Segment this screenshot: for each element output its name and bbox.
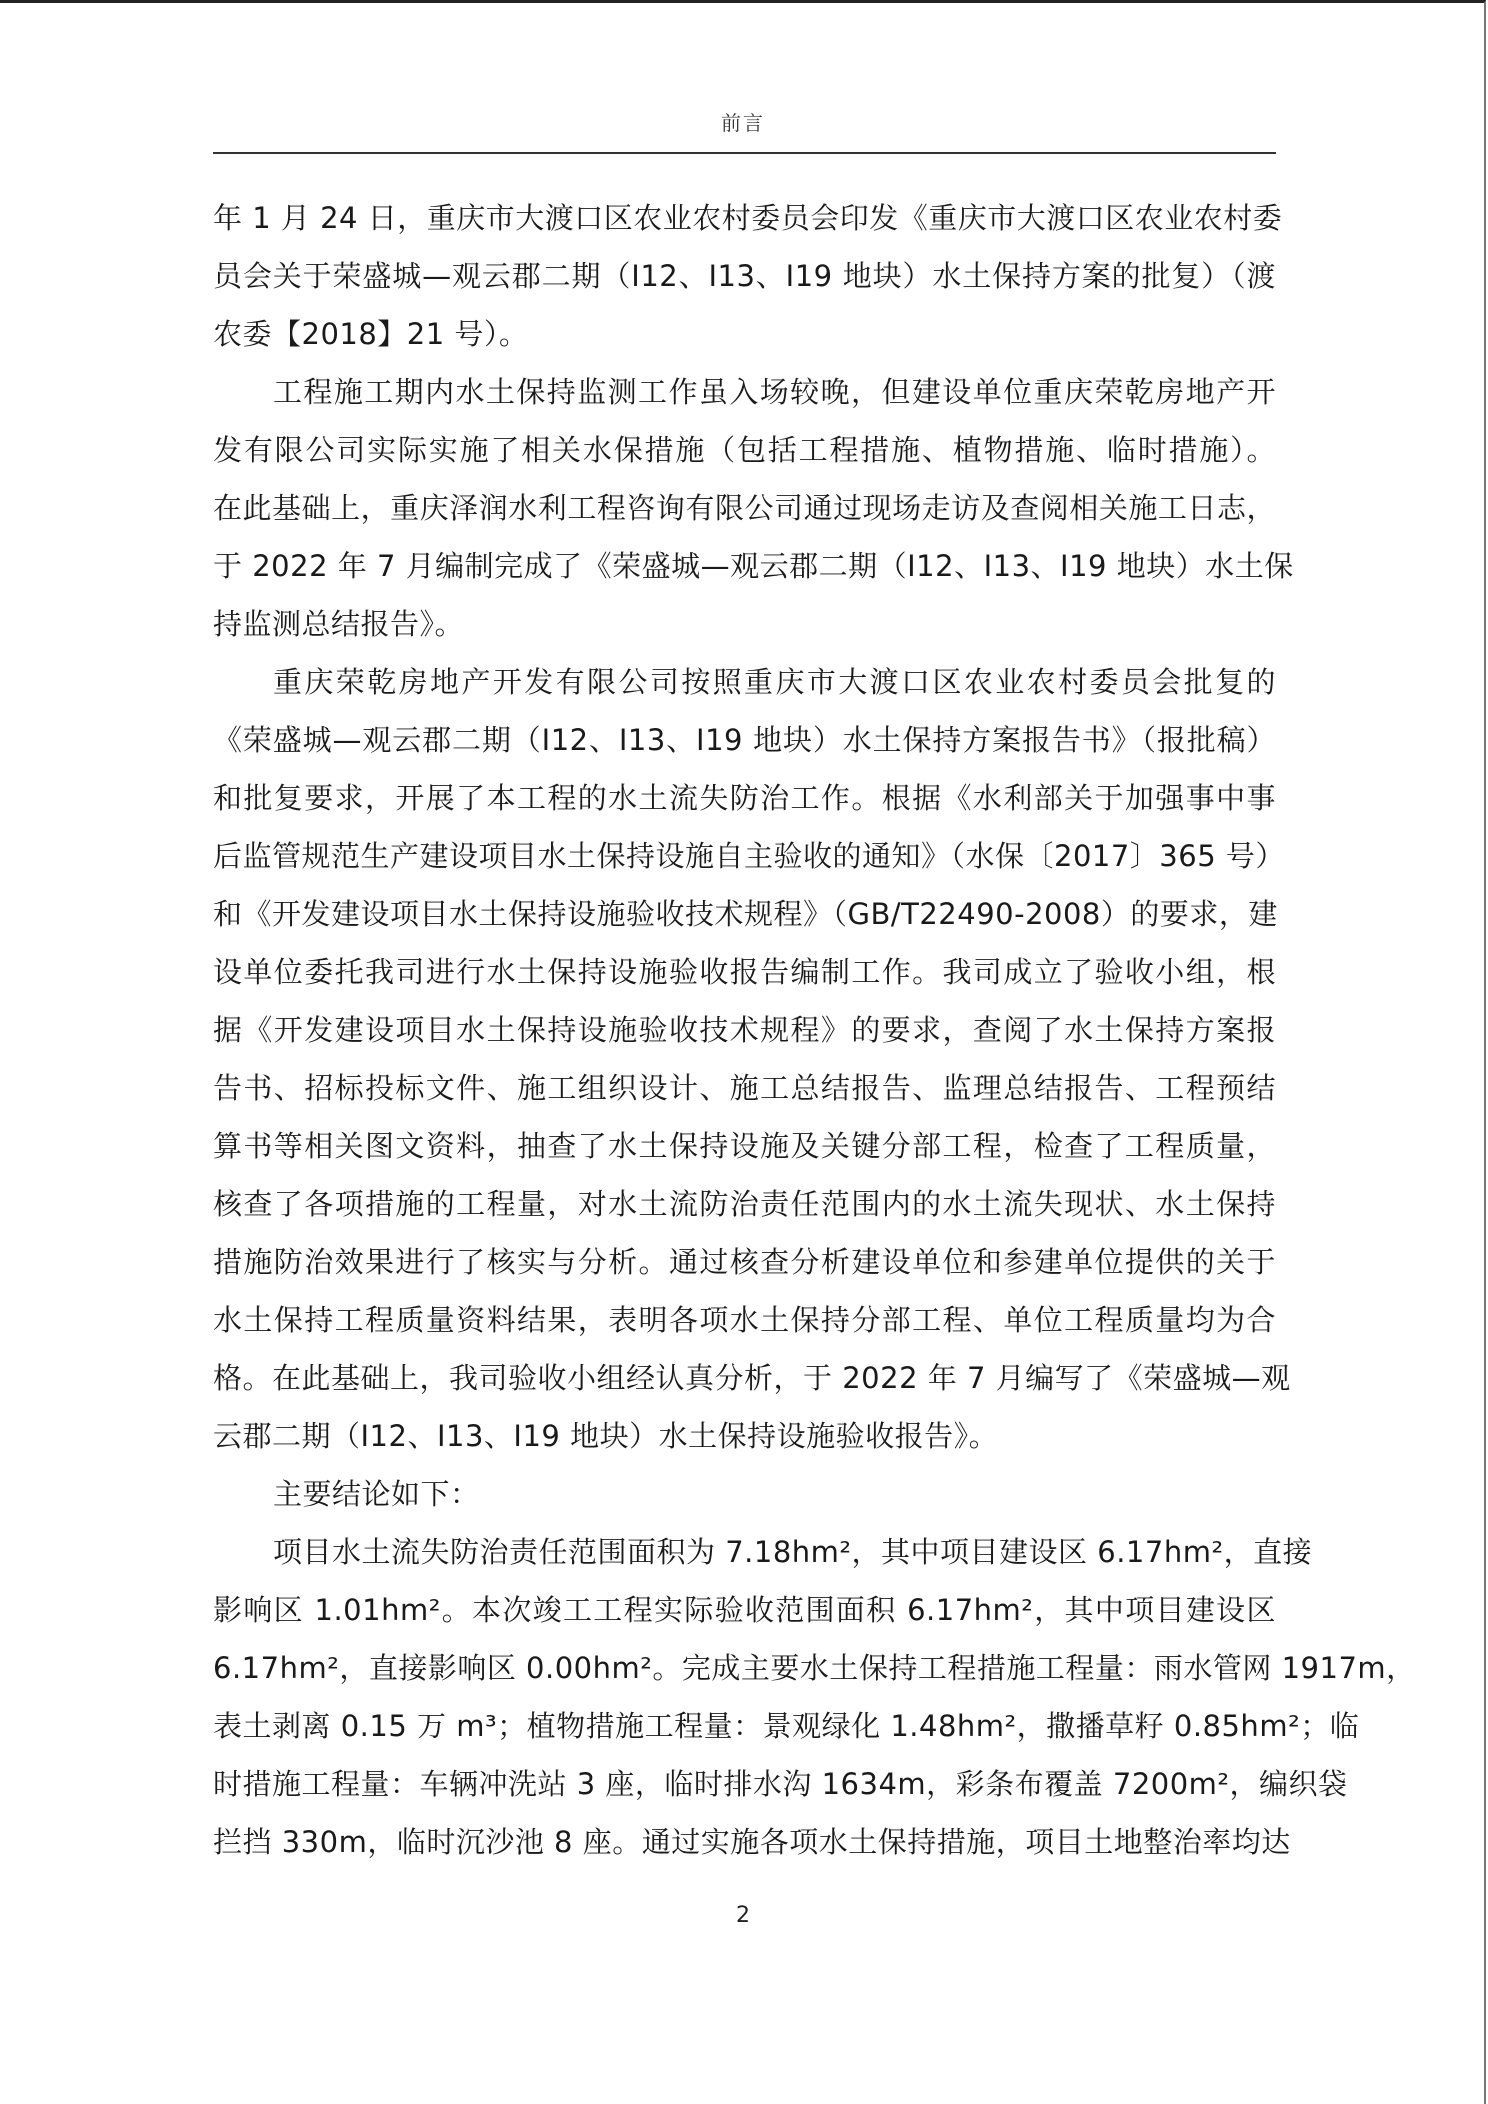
text-line: 年 1 月 24 日，重庆市大渡口区农业农村委员会印发《重庆市大渡口区农业农村委 (213, 189, 1276, 247)
text-line: 农委【2018】21 号）。 (213, 305, 1276, 363)
text-line: 据《开发建设项目水土保持设施验收技术规程》的要求，查阅了水土保持方案报 (213, 1001, 1276, 1059)
text-line: 发有限公司实际实施了相关水保措施（包括工程措施、植物措施、临时措施）。 (213, 421, 1276, 479)
page-number: 2 (0, 1903, 1486, 1928)
text-line: 员会关于荣盛城—观云郡二期（I12、I13、I19 地块）水土保持方案的批复）（… (213, 247, 1276, 305)
text-line: 时措施工程量：车辆冲洗站 3 座，临时排水沟 1634m，彩条布覆盖 7200m… (213, 1755, 1276, 1813)
text-line: 和《开发建设项目水土保持设施验收技术规程》（GB/T22490-2008）的要求… (213, 885, 1276, 943)
text-line: 核查了各项措施的工程量，对水土流防治责任范围内的水土流失现状、水土保持 (213, 1175, 1276, 1233)
text-line: 格。在此基础上，我司验收小组经认真分析，于 2022 年 7 月编写了《荣盛城—… (213, 1349, 1276, 1407)
text-line: 持监测总结报告》。 (213, 595, 1276, 653)
text-line: 后监管规范生产建设项目水土保持设施自主验收的通知》（水保〔2017〕365 号） (213, 827, 1276, 885)
paragraph: 工程施工期内水土保持监测工作虽入场较晚，但建设单位重庆荣乾房地产开发有限公司实际… (213, 363, 1276, 653)
text-line: 告书、招标投标文件、施工组织设计、施工总结报告、监理总结报告、工程预结 (213, 1059, 1276, 1117)
text-line: 水土保持工程质量资料结果，表明各项水土保持分部工程、单位工程质量均为合 (213, 1291, 1276, 1349)
text-line: 项目水土流失防治责任范围面积为 7.18hm²，其中项目建设区 6.17hm²，… (213, 1523, 1276, 1581)
text-line: 和批复要求，开展了本工程的水土流失防治工作。根据《水利部关于加强事中事 (213, 769, 1276, 827)
paragraph: 重庆荣乾房地产开发有限公司按照重庆市大渡口区农业农村委员会批复的《荣盛城—观云郡… (213, 653, 1276, 1465)
text-line: 于 2022 年 7 月编制完成了《荣盛城—观云郡二期（I12、I13、I19 … (213, 537, 1276, 595)
text-line: 设单位委托我司进行水土保持设施验收报告编制工作。我司成立了验收小组，根 (213, 943, 1276, 1001)
header-rule (213, 152, 1276, 154)
text-line: 《荣盛城—观云郡二期（I12、I13、I19 地块）水土保持方案报告书》（报批稿… (213, 711, 1276, 769)
text-line: 算书等相关图文资料，抽查了水土保持设施及关键分部工程，检查了工程质量， (213, 1117, 1276, 1175)
document-body: 年 1 月 24 日，重庆市大渡口区农业农村委员会印发《重庆市大渡口区农业农村委… (213, 189, 1276, 1871)
paragraph: 年 1 月 24 日，重庆市大渡口区农业农村委员会印发《重庆市大渡口区农业农村委… (213, 189, 1276, 363)
text-line: 表土剥离 0.15 万 m³；植物措施工程量：景观绿化 1.48hm²，撒播草籽… (213, 1697, 1276, 1755)
text-line: 在此基础上，重庆泽润水利工程咨询有限公司通过现场走访及查阅相关施工日志， (213, 479, 1276, 537)
text-line: 主要结论如下： (213, 1465, 1276, 1523)
text-line: 工程施工期内水土保持监测工作虽入场较晚，但建设单位重庆荣乾房地产开 (213, 363, 1276, 421)
text-line: 重庆荣乾房地产开发有限公司按照重庆市大渡口区农业农村委员会批复的 (213, 653, 1276, 711)
paragraph: 主要结论如下： (213, 1465, 1276, 1523)
running-header-title: 前言 (0, 107, 1486, 136)
text-line: 云郡二期（I12、I13、I19 地块）水土保持设施验收报告》。 (213, 1407, 1276, 1465)
document-page: 前言 年 1 月 24 日，重庆市大渡口区农业农村委员会印发《重庆市大渡口区农业… (0, 0, 1486, 2104)
text-line: 措施防治效果进行了核实与分析。通过核查分析建设单位和参建单位提供的关于 (213, 1233, 1276, 1291)
text-line: 拦挡 330m，临时沉沙池 8 座。通过实施各项水土保持措施，项目土地整治率均达 (213, 1813, 1276, 1871)
text-line: 影响区 1.01hm²。本次竣工工程实际验收范围面积 6.17hm²，其中项目建… (213, 1581, 1276, 1639)
text-line: 6.17hm²，直接影响区 0.00hm²。完成主要水土保持工程措施工程量：雨水… (213, 1639, 1276, 1697)
paragraph: 项目水土流失防治责任范围面积为 7.18hm²，其中项目建设区 6.17hm²，… (213, 1523, 1276, 1871)
